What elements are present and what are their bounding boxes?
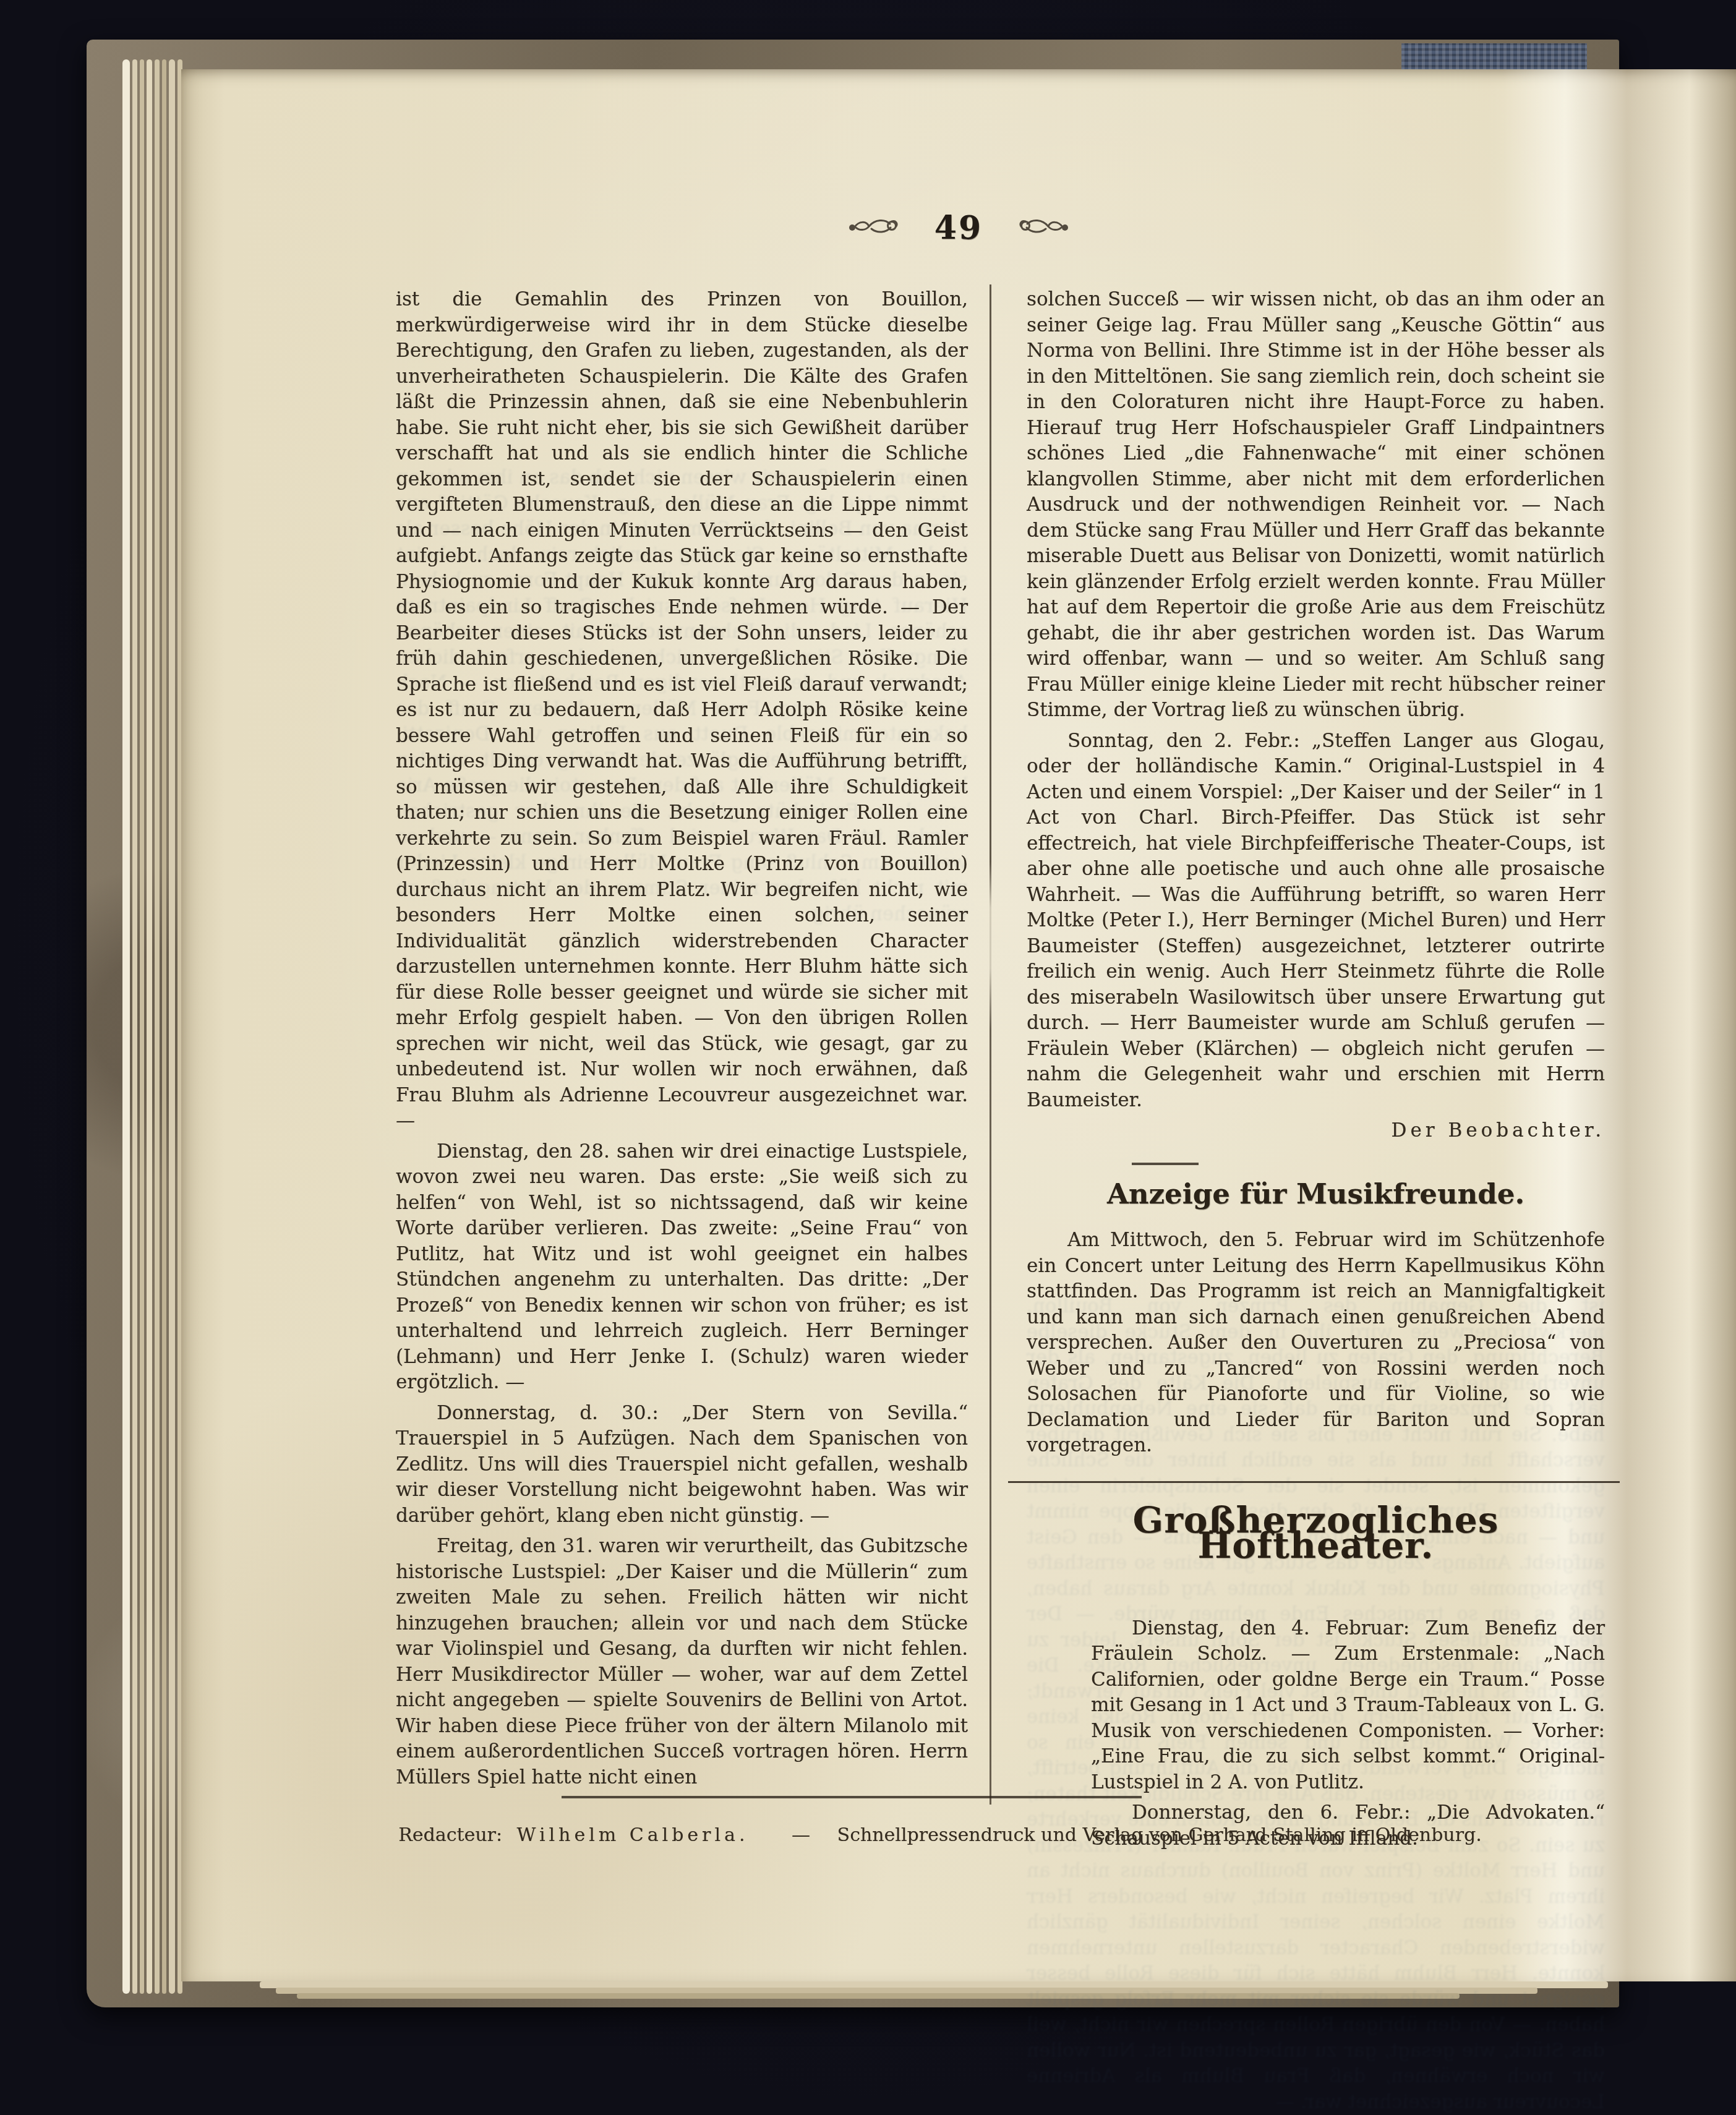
section-divider-dash bbox=[1132, 1163, 1199, 1165]
schedule-entry: Dienstag, den 4. Februar: Zum Benefiz de… bbox=[1027, 1616, 1605, 1796]
article-paragraph: solchen Succeß — wir wissen nicht, ob da… bbox=[1027, 287, 1605, 724]
article-paragraph: Am Mittwoch, den 5. Februar wird im Schü… bbox=[1027, 1228, 1605, 1459]
newspaper-page: solchen Succeß — wir wissen nicht, ob da… bbox=[181, 69, 1736, 1981]
publisher-imprint: Schnellpressendruck und Verlag von Gerha… bbox=[837, 1824, 1482, 1846]
page-edge bbox=[140, 59, 144, 1994]
imprint-separator: — bbox=[792, 1824, 810, 1846]
article-signature: Der Beobachter. bbox=[1027, 1118, 1605, 1144]
editor-label: Redacteur: bbox=[398, 1824, 502, 1846]
page-edge bbox=[155, 59, 160, 1994]
article-paragraph: ist die Gemahlin des Prinzen von Bouillo… bbox=[396, 287, 968, 1134]
page-stack-bottom bbox=[260, 1981, 1614, 2006]
running-head: 49 bbox=[181, 209, 1736, 247]
article-paragraph: Dienstag, den 28. sahen wir drei einacti… bbox=[396, 1139, 968, 1396]
article-paragraph: Freitag, den 31. waren wir verurtheilt, … bbox=[396, 1534, 968, 1790]
book-cloth-band bbox=[1401, 43, 1587, 73]
page-edge bbox=[169, 59, 175, 1994]
page-edge bbox=[122, 59, 130, 1994]
column-divider-rule bbox=[990, 284, 991, 1805]
article-paragraph: Donnerstag, d. 30.: „Der Stern von Sevil… bbox=[396, 1401, 968, 1529]
theater-schedule: Dienstag, den 4. Februar: Zum Benefiz de… bbox=[1027, 1616, 1605, 1852]
imprint-line: Redacteur: Wilhelm Calberla. — Schnellpr… bbox=[181, 1824, 1699, 1846]
page-edge bbox=[162, 59, 166, 1994]
section-title-music-notice: Anzeige für Musikfreunde. bbox=[1027, 1181, 1605, 1207]
page-edge bbox=[132, 59, 137, 1994]
printers-fleuron-icon bbox=[847, 215, 899, 242]
right-column: solchen Succeß — wir wissen nicht, ob da… bbox=[1027, 287, 1605, 1856]
left-column: ist die Gemahlin des Prinzen von Bouillo… bbox=[396, 287, 968, 1795]
article-paragraph: Sonntag, den 2. Febr.: „Steffen Langer a… bbox=[1027, 728, 1605, 1114]
page-stack-left bbox=[118, 59, 192, 1997]
section-divider-rule bbox=[1008, 1481, 1620, 1483]
editor-name: Wilhelm Calberla. bbox=[517, 1824, 749, 1846]
scanned-book-photo: { "header": { "page_number": "49" }, "le… bbox=[0, 0, 1736, 2115]
page-number: 49 bbox=[934, 209, 983, 247]
section-title-court-theater: Großherzogliches Hoftheater. bbox=[1027, 1508, 1605, 1559]
printers-fleuron-icon bbox=[1019, 215, 1071, 242]
page-edge bbox=[297, 1993, 1460, 1999]
page-edge bbox=[147, 59, 152, 1994]
footer-rule bbox=[562, 1796, 1142, 1798]
